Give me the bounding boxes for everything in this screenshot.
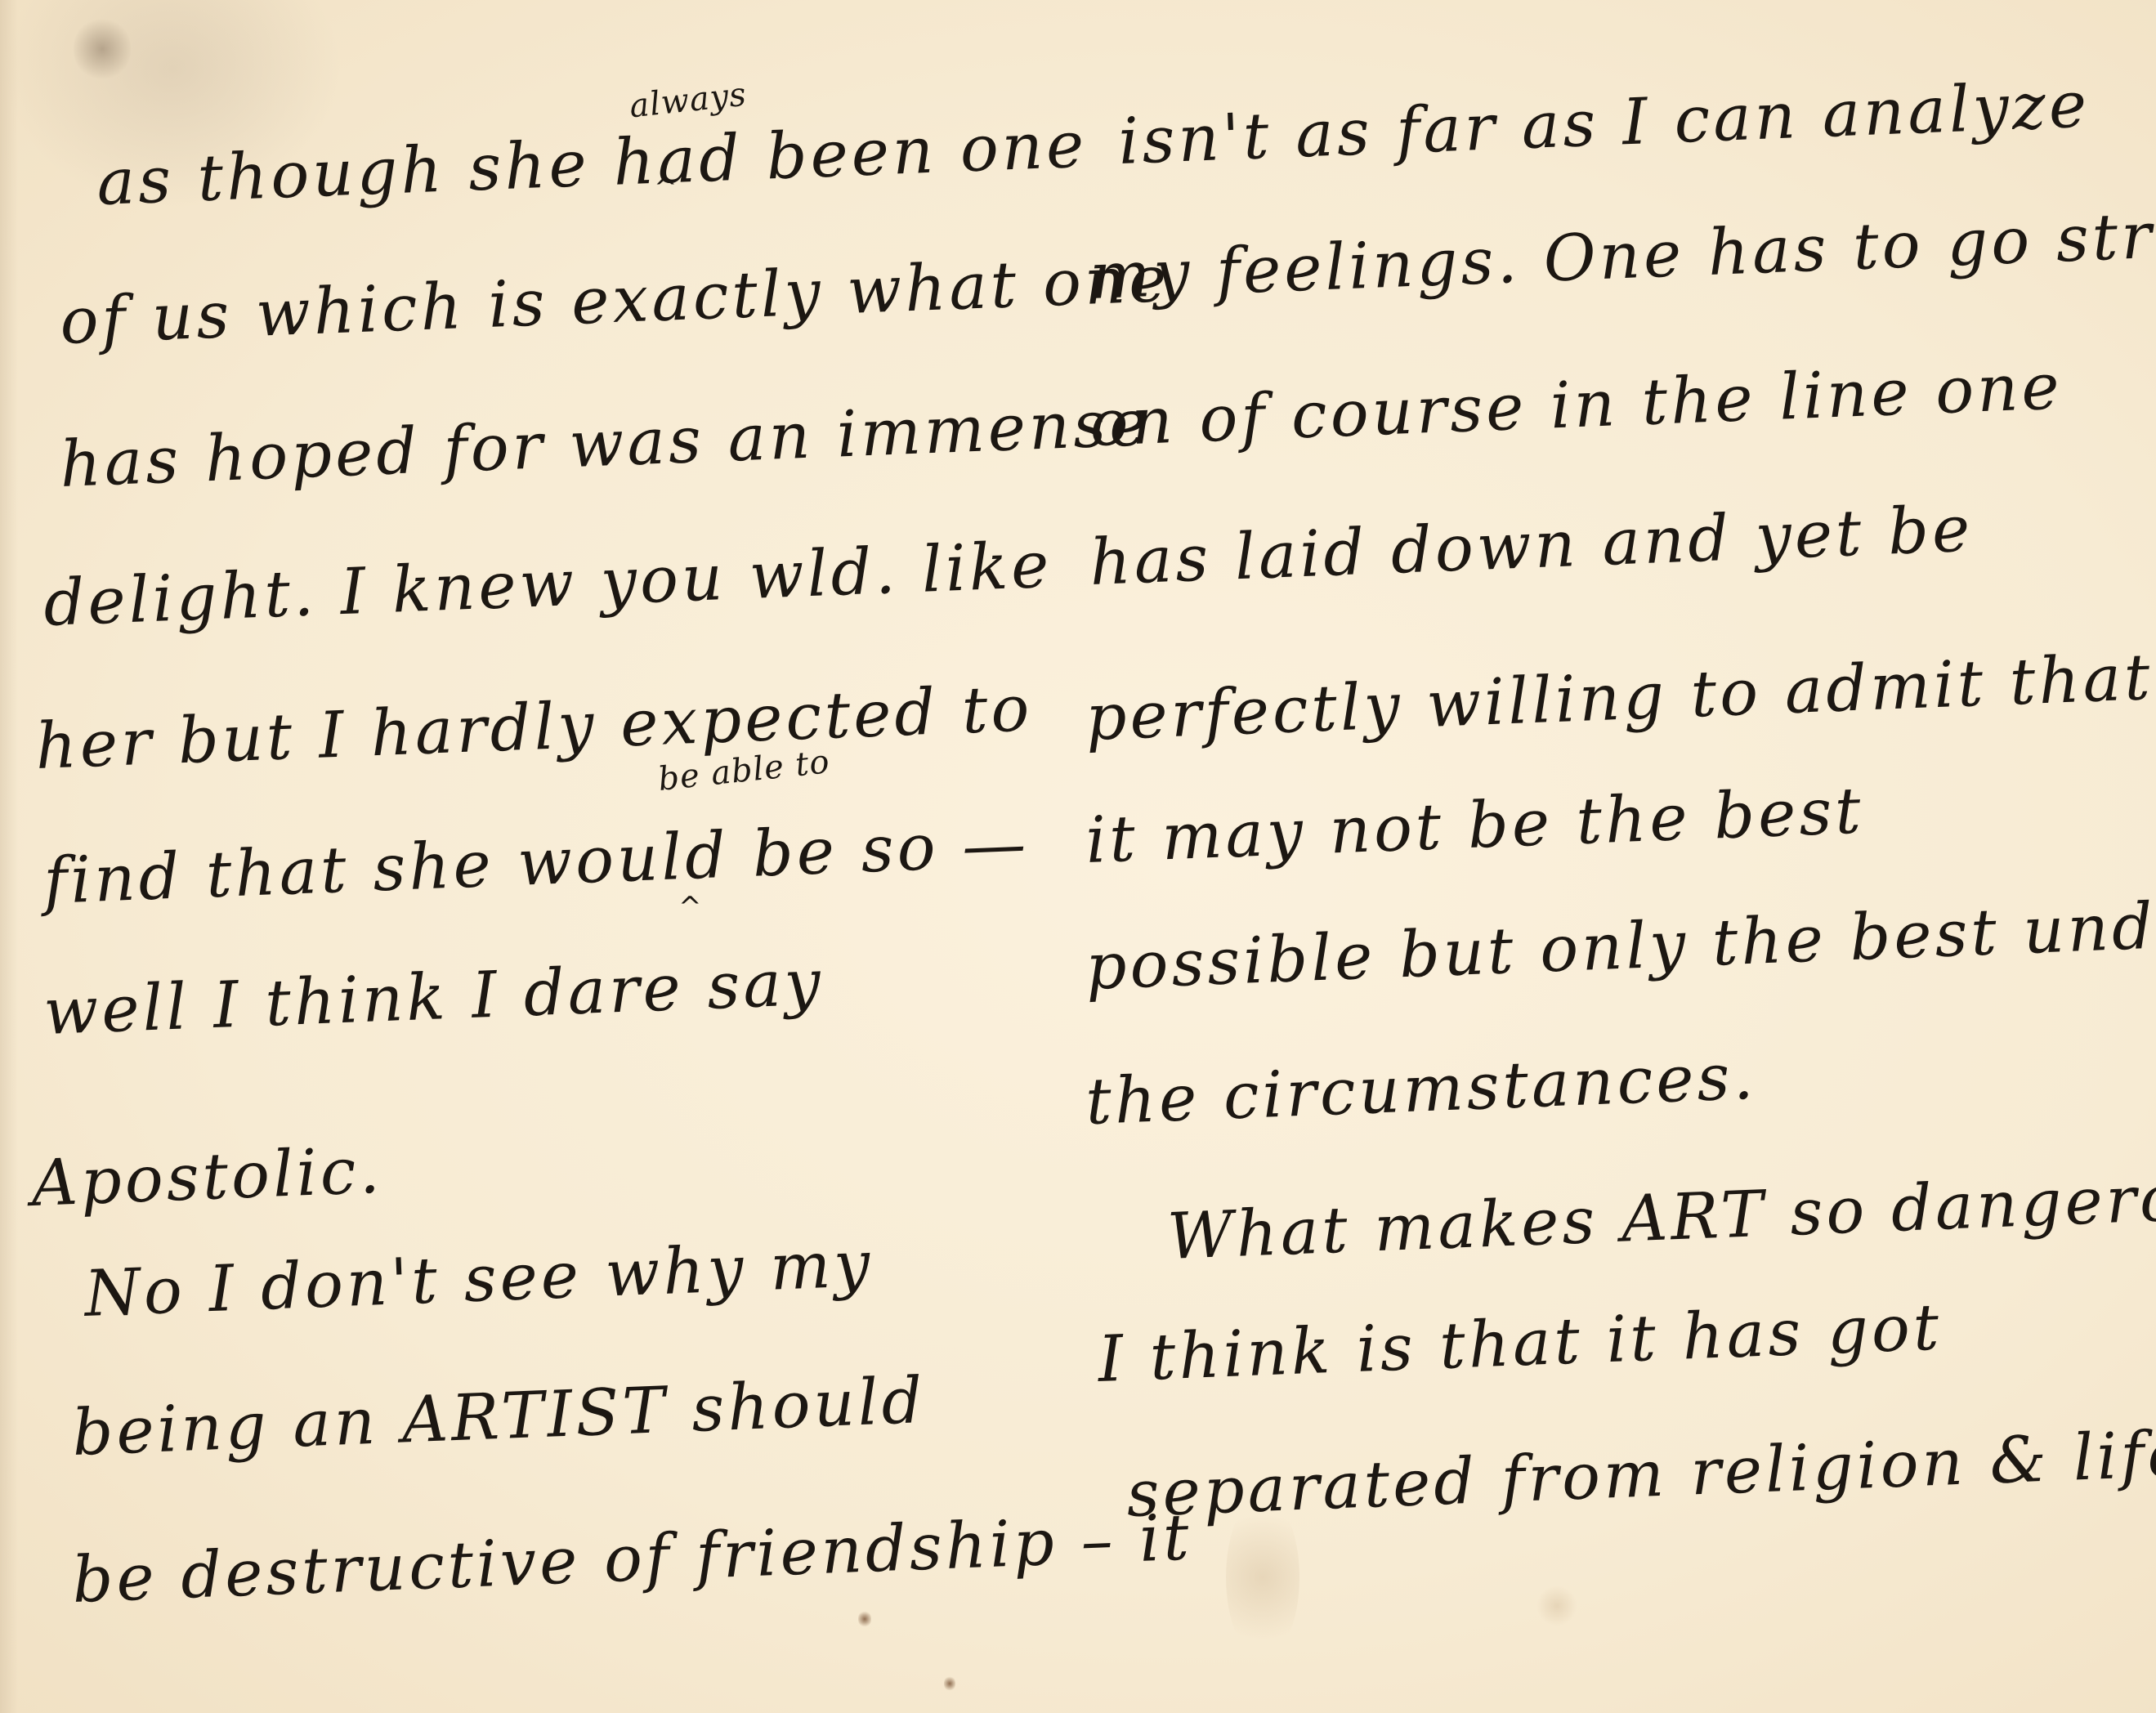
text-line: as though she had been one [96,114,1088,215]
text-line: her but I hardly expected to [34,677,1034,779]
insertion-always: always [628,76,749,126]
text-line: isn't as far as I can analyze [1117,73,2091,174]
text-line: on of course in the line one [1089,355,2064,456]
text-line: find that she would be so — [42,812,1031,914]
text-line: being an ARTIST should [71,1369,927,1465]
text-line: of us which is exactly what one [59,248,1171,354]
text-line: possible but only the best under [1085,892,2156,1000]
ink-smudge [74,16,131,82]
text-line: Apostolic. [30,1139,384,1216]
letter-page: always ^ as though she had been one of u… [0,0,2156,1713]
text-line: separated from religion & life [1125,1422,2156,1527]
insertion-caret: ^ [678,891,702,924]
text-line: it may not be the best [1085,779,1865,873]
foxing-spot [858,1610,871,1628]
text-line: perfectly willing to admit that [1085,646,2154,750]
paper-stain [1536,1586,1577,1626]
foxing-spot [944,1675,955,1692]
text-line: has laid down and yet be [1089,498,1974,595]
text-line: delight. I knew you wld. like [42,534,1053,636]
text-line: the circumstances. [1085,1045,1758,1134]
text-line: has hoped for was an immense [59,391,1152,497]
text-line: be destructive of friendship – it [71,1505,1193,1612]
paper-edge [0,0,18,1713]
text-line: my feelings. One has to go straight [1089,197,2156,309]
text-line: No I don't see why my [83,1232,874,1326]
text-line: What makes ART so dangerous [1166,1164,2156,1269]
text-line: I think is that it has got [1097,1295,1944,1392]
text-line: well I think I dare say [42,950,825,1044]
